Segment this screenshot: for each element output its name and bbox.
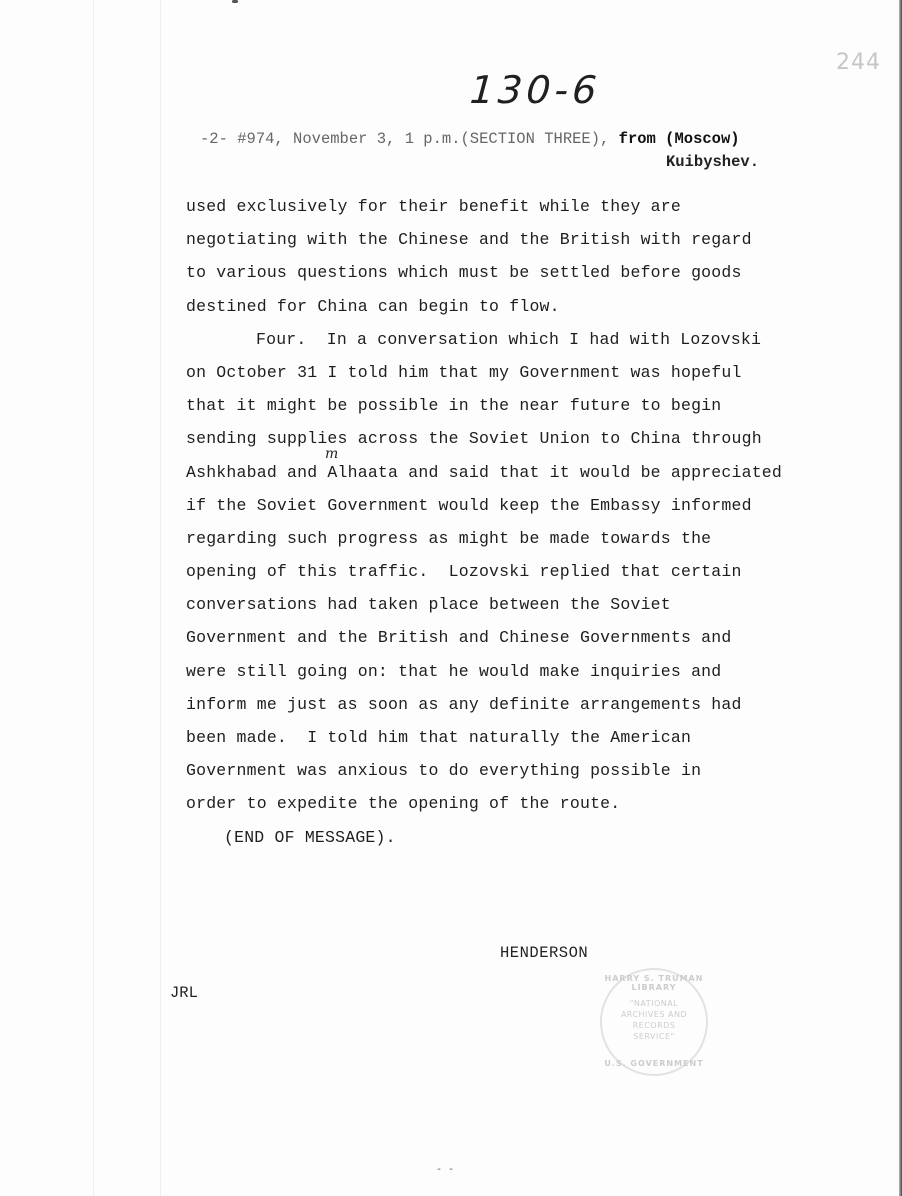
telegram-date: November 3, xyxy=(293,130,395,148)
body-line: order to expedite the opening of the rou… xyxy=(186,787,886,820)
body-line: that it might be possible in the near fu… xyxy=(186,389,886,422)
stamp-ring-bottom: U.S. GOVERNMENT xyxy=(602,1059,706,1068)
telegram-header: -2- #974, November 3, 1 p.m.(SECTION THR… xyxy=(200,130,740,148)
handwritten-correction: m xyxy=(325,446,338,462)
body-line: on October 31 I told him that my Governm… xyxy=(186,356,886,389)
footer-mark: - - xyxy=(436,1165,454,1176)
archive-stamp: HARRY S. TRUMAN LIBRARY "NATIONAL ARCHIV… xyxy=(600,968,708,1076)
stamp-line: RECORDS xyxy=(602,1020,706,1031)
telegram-time: 1 p.m. xyxy=(405,130,461,148)
body-line: Government and the British and Chinese G… xyxy=(186,621,886,654)
typist-initials: JRL xyxy=(170,984,198,1002)
body-line: Four. In a conversation which I had with… xyxy=(186,323,886,356)
scan-artifact-line xyxy=(160,0,161,1196)
stamp-line: "NATIONAL xyxy=(602,998,706,1009)
from-label: from xyxy=(619,130,656,148)
body-line: Government was anxious to do everything … xyxy=(186,754,886,787)
stamp-line: SERVICE" xyxy=(602,1031,706,1042)
message-body: used exclusively for their benefit while… xyxy=(186,190,886,854)
body-line: been made. I told him that naturally the… xyxy=(186,721,886,754)
body-line: negotiating with the Chinese and the Bri… xyxy=(186,223,886,256)
stamp-center: "NATIONAL ARCHIVES AND RECORDS SERVICE" xyxy=(602,998,706,1042)
scan-artifact-line xyxy=(93,0,94,1196)
body-line: destined for China can begin to flow. xyxy=(186,290,886,323)
body-line: conversations had taken place between th… xyxy=(186,588,886,621)
origin-original: (Moscow) xyxy=(665,130,739,148)
signature: HENDERSON xyxy=(500,944,588,962)
body-line: sending supplies across the Soviet Union… xyxy=(186,422,886,455)
archive-page-number: 244 xyxy=(836,50,881,75)
end-of-message: (END OF MESSAGE). xyxy=(186,821,886,854)
handwritten-reference: 130-6 xyxy=(468,68,601,112)
origin-corrected: Kuibyshev. xyxy=(666,153,759,171)
telegram-section: (SECTION THREE), xyxy=(461,130,610,148)
body-line: opening of this traffic. Lozovski replie… xyxy=(186,555,886,588)
body-line: inform me just as soon as any definite a… xyxy=(186,688,886,721)
body-line: were still going on: that he would make … xyxy=(186,655,886,688)
stamp-line: ARCHIVES AND xyxy=(602,1009,706,1020)
body-line: regarding such progress as might be made… xyxy=(186,522,886,555)
body-line: to various questions which must be settl… xyxy=(186,256,886,289)
telegram-number: #974, xyxy=(237,130,284,148)
body-line: if the Soviet Government would keep the … xyxy=(186,489,886,522)
page-marker: -2- xyxy=(200,130,228,148)
document-page: 244 130-6 -2- #974, November 3, 1 p.m.(S… xyxy=(0,0,902,1196)
stamp-ring-top: HARRY S. TRUMAN LIBRARY xyxy=(602,974,706,992)
body-line: used exclusively for their benefit while… xyxy=(186,190,886,223)
ink-mark xyxy=(232,0,238,3)
body-line: Ashkhabad and Alhaata and said that it w… xyxy=(186,456,886,489)
